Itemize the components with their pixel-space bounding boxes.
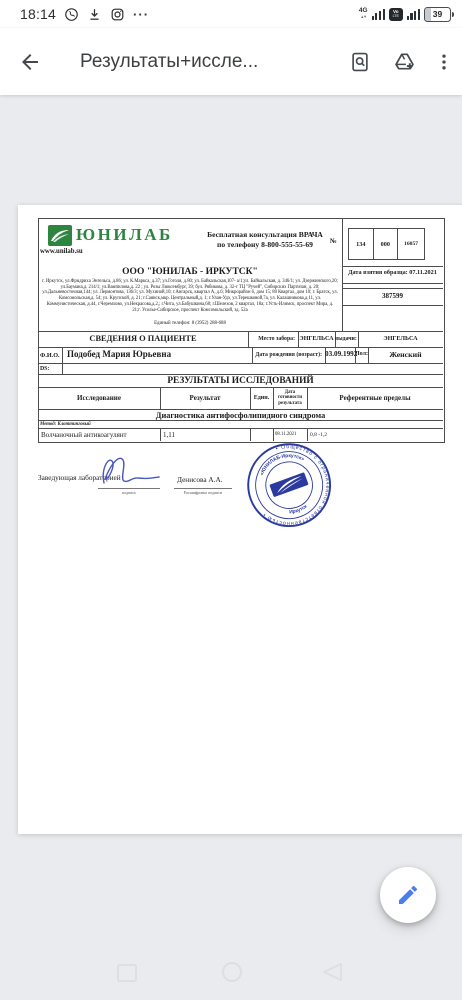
divider [250,428,251,441]
instagram-icon [110,7,125,22]
divider [38,331,443,332]
issue-value: ЭНГЕЛЬСА [358,335,443,342]
place-value: ЭНГЕЛЬСА [298,335,335,342]
divider [342,305,443,306]
results-title: РЕЗУЛЬТАТЫ ИССЛЕДОВАНИЙ [38,376,443,386]
divider [342,266,443,267]
place-label: Место забора: [250,336,295,342]
fio-label: Ф.И.О. [40,352,60,359]
divider [62,347,63,374]
divider [38,347,443,348]
home-button[interactable] [221,961,243,988]
col-header-unit: Един. [250,387,273,409]
status-bar: 18:14 ··· 4G▲▼ VoLTE [0,0,462,28]
company-stamp: • Общество с ограниченной ответственност… [233,429,348,546]
back-nav-button[interactable] [320,962,344,987]
signal-icon-2 [407,9,420,20]
svg-text:Иркутск: Иркутск [287,503,309,517]
signature-line [98,488,160,489]
divider [38,428,443,429]
document-title: Результаты+иссле... [80,51,338,73]
col-header-result: Результат [160,387,250,409]
signature-caption: подпись [98,490,160,495]
consultation-line1: Бесплатная консультация ВРАЧА [181,230,349,239]
pencil-icon [396,883,420,907]
sex-value: Женский [368,350,443,359]
consultation-line2: по телефону 8-800-555-55-69 [181,240,349,249]
company-name: ООО "ЮНИЛАБ - ИРКУТСК" [38,267,342,277]
order-no-cell: 134 [349,229,374,259]
order-no-cell: 16057 [398,229,424,259]
divider [38,420,443,421]
order-code: 387599 [342,292,443,300]
divider [160,428,161,441]
col-header-range: Референтные пределы [307,387,443,409]
clock: 18:14 [20,6,56,22]
method-note: Метод: Клоттинговый [40,422,91,427]
system-navigation [0,940,462,1000]
divider [342,283,443,284]
download-icon [87,7,102,22]
screen: { "status_bar": { "time": "18:14", "more… [0,0,462,1000]
document-page: ЮНИЛАБ www.unilab.su Бесплатная консульт… [18,205,462,834]
company-phone: Единый телефон: 8 (3952) 288-688 [42,321,338,326]
company-addresses: г. Иркутск, ул.Фридриха Энгельса, д.86; … [42,279,338,313]
brand-website: www.unilab.su [40,248,83,255]
order-no-cell: 000 [374,229,399,259]
patient-section-title: СВЕДЕНИЯ О ПАЦИЕНТЕ [38,334,248,343]
add-to-drive-button[interactable] [382,40,426,84]
divider [38,363,443,364]
document-viewer[interactable]: ЮНИЛАБ www.unilab.su Бесплатная консульт… [0,95,462,1000]
results-section-title: Диагностика антифосфолипидного синдрома [38,411,443,420]
name-caption: Расшифровка подписи [168,490,238,495]
sex-label: Пол: [355,351,368,357]
stamp-city-text: Иркутск [287,503,309,517]
divider [273,428,274,441]
status-bar-right: 4G▲▼ VoLTE 39 [359,0,454,28]
battery-icon: 39 [424,7,454,22]
volte-icon: VoLTE [389,8,403,21]
birth-label: Дата рождения (возраст): [254,352,322,358]
edit-fab[interactable] [380,867,436,923]
divider [342,288,443,289]
col-header-date: Дата готовности результата [273,387,307,409]
divider [252,347,253,363]
app-bar: Результаты+иссле... [0,28,462,95]
fio-value: Подобед Мария Юрьевна [67,349,171,359]
back-button[interactable] [8,40,52,84]
brand-wordmark: ЮНИЛАБ [76,225,173,245]
divider [38,374,443,375]
issue-label: выдачи: [335,336,356,342]
divider [248,331,249,347]
sample-date: Дата взятия образца: 07.11.2021 [343,269,442,276]
result-value: 1,11 [163,431,175,439]
more-notifications-icon: ··· [133,7,149,22]
order-no-label: № [330,238,337,245]
network-type: 4G▲▼ [359,8,368,20]
birth-value: 03.09.1992 [325,350,355,358]
recents-button[interactable] [116,963,138,988]
order-no-boxes: 134 000 16057 [348,228,425,260]
lab-head-name: Денисова А.А. [177,475,223,484]
col-header-test: Исследование [40,387,158,409]
find-in-document-button[interactable] [338,40,382,84]
overflow-menu-button[interactable] [426,40,462,84]
signal-icon [372,9,385,20]
result-test-name: Волчаночный антикоагулянт [41,431,127,439]
name-line [174,488,232,489]
ds-label: DS: [40,366,49,372]
viber-icon [64,7,79,22]
